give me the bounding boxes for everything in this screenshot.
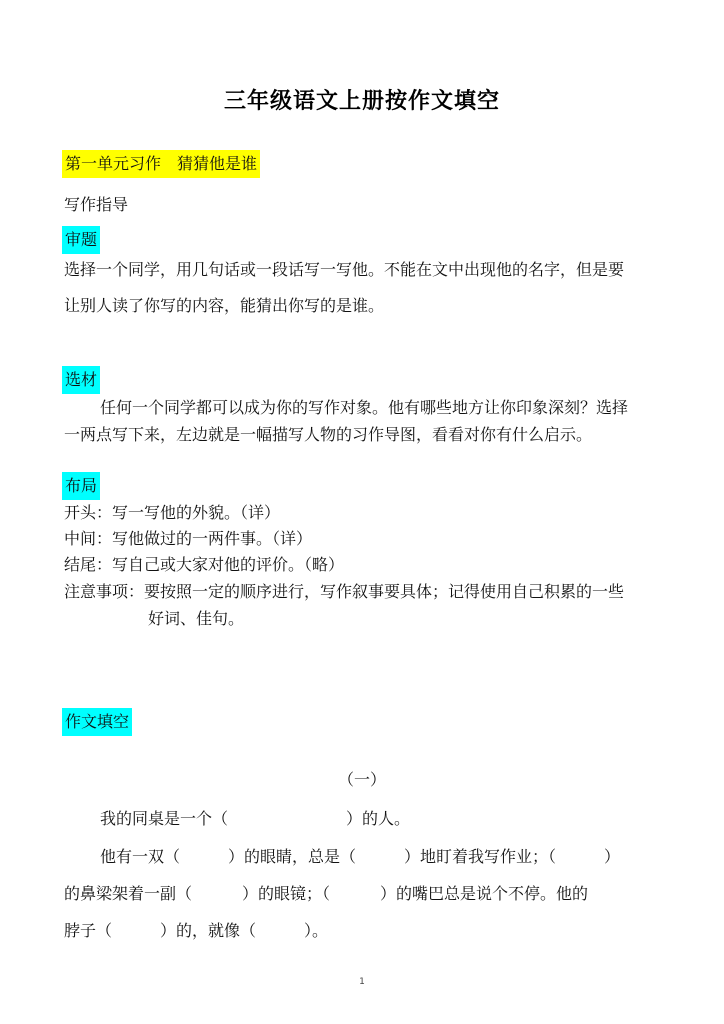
review-line-1: 选择一个同学，用几句话或一段话写一写他。不能在文中出现他的名字，但是要 bbox=[64, 259, 624, 281]
fill-text: ）地盯着我写作业；（ bbox=[404, 847, 556, 866]
section-label-fill: 作文填空 bbox=[62, 708, 132, 736]
section-label-material: 选材 bbox=[62, 366, 100, 394]
part-number: （一） bbox=[0, 767, 724, 790]
layout-item-ending: 结尾：写自己或大家对他的评价。（略） bbox=[64, 554, 344, 576]
page-title: 三年级语文上册按作文填空 bbox=[0, 84, 724, 115]
fill-line-4: 脖子（）的，就像（）。 bbox=[64, 920, 328, 942]
unit-heading: 第一单元习作 猜猜他是谁 bbox=[62, 150, 260, 178]
layout-notes-line-2: 好词、佳句。 bbox=[148, 608, 244, 630]
fill-text: ）的眼镜；（ bbox=[242, 884, 330, 903]
fill-text: ）的人。 bbox=[346, 809, 410, 828]
fill-text: 他有一双（ bbox=[100, 847, 180, 866]
fill-text: ） bbox=[604, 847, 620, 866]
section-label-layout: 布局 bbox=[62, 472, 100, 500]
layout-item-opening: 开头：写一写他的外貌。（详） bbox=[64, 502, 280, 524]
layout-item-middle: 中间：写他做过的一两件事。（详） bbox=[64, 528, 312, 550]
material-line-1: 任何一个同学都可以成为你的写作对象。他有哪些地方让你印象深刻？选择 bbox=[100, 397, 628, 419]
fill-text: 我的同桌是一个（ bbox=[100, 809, 228, 828]
material-line-2: 一两点写下来，左边就是一幅描写人物的习作导图，看看对你有什么启示。 bbox=[64, 424, 592, 446]
review-line-2: 让别人读了你写的内容，能猜出你写的是谁。 bbox=[64, 295, 384, 317]
fill-text: ）。 bbox=[304, 921, 328, 940]
fill-text: ）的嘴巴总是说个不停。他的 bbox=[380, 884, 588, 903]
fill-sentence-1: 我的同桌是一个（）的人。 bbox=[100, 808, 410, 830]
page-number: 1 bbox=[0, 977, 724, 987]
section-label-review: 审题 bbox=[62, 226, 100, 254]
guidance-label: 写作指导 bbox=[64, 194, 128, 216]
fill-line-3: 的鼻梁架着一副（）的眼镜；（）的嘴巴总是说个不停。他的 bbox=[64, 883, 588, 905]
fill-text: 脖子（ bbox=[64, 921, 112, 940]
layout-notes-line-1: 注意事项：要按照一定的顺序进行，写作叙事要具体；记得使用自己积累的一些 bbox=[64, 581, 624, 603]
fill-line-2: 他有一双（）的眼睛，总是（）地盯着我写作业；（） bbox=[100, 846, 620, 868]
fill-text: ）的，就像（ bbox=[160, 921, 256, 940]
fill-text: 的鼻梁架着一副（ bbox=[64, 884, 192, 903]
fill-text: ）的眼睛，总是（ bbox=[228, 847, 356, 866]
